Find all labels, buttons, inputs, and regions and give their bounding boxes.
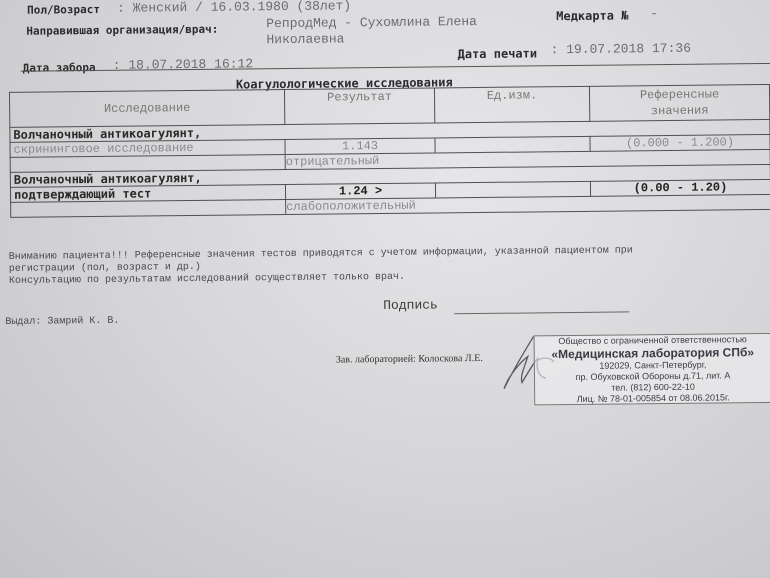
header-result: Результат xyxy=(284,88,434,125)
sex-age-value: : Женский / 16.03.1980 (38лет) xyxy=(117,0,351,16)
lab-stamp: Общество с ограниченной ответственностью… xyxy=(534,333,770,405)
test-unit xyxy=(435,181,590,198)
lab-report-page: Пол/Возраст : Женский / 16.03.1980 (38ле… xyxy=(0,0,770,578)
issued-by: Выдал: Замрий К. В. xyxy=(5,316,119,329)
header-test: Исследование xyxy=(9,90,284,128)
patient-note-line1: Вниманию пациента!!! Референсные значени… xyxy=(9,245,633,264)
test-result: 1.24 > xyxy=(285,183,435,200)
medcard-label: Медкарта № xyxy=(556,8,628,23)
stamp-license: Лиц. № 78-01-005854 от 08.06.2015г. xyxy=(535,392,770,405)
referrer-value-line2: Николаевна xyxy=(266,31,344,47)
lab-head: Зав. лабораторией: Колоскова Л.Е. xyxy=(336,353,483,366)
medcard-value: - xyxy=(650,6,658,21)
referrer-value-line1: РепродМед - Сухомлина Елена xyxy=(266,14,477,31)
header-unit: Ед.изм. xyxy=(434,86,589,123)
test-unit xyxy=(435,136,590,153)
sex-age-label: Пол/Возраст xyxy=(27,3,100,17)
header-reference-line1: Референсные xyxy=(593,86,766,104)
signature-line xyxy=(454,311,629,314)
collection-date-label: Дата забора xyxy=(23,61,96,75)
signature-label: Подпись xyxy=(383,297,438,313)
stamp-lab-name: «Медицинская лаборатория СПб» xyxy=(535,345,770,361)
print-date-label: Дата печати xyxy=(458,46,538,61)
header-reference: Референсные значения xyxy=(589,84,769,121)
header-reference-line2: значения xyxy=(593,102,766,120)
empty-cell xyxy=(11,200,286,218)
referrer-label: Направившая организация/врач: xyxy=(26,23,218,38)
test-result: 1.143 xyxy=(285,138,435,155)
print-date-value: : 19.07.2018 17:36 xyxy=(550,41,691,57)
results-table: Исследование Результат Ед.изм. Референсн… xyxy=(9,84,770,218)
